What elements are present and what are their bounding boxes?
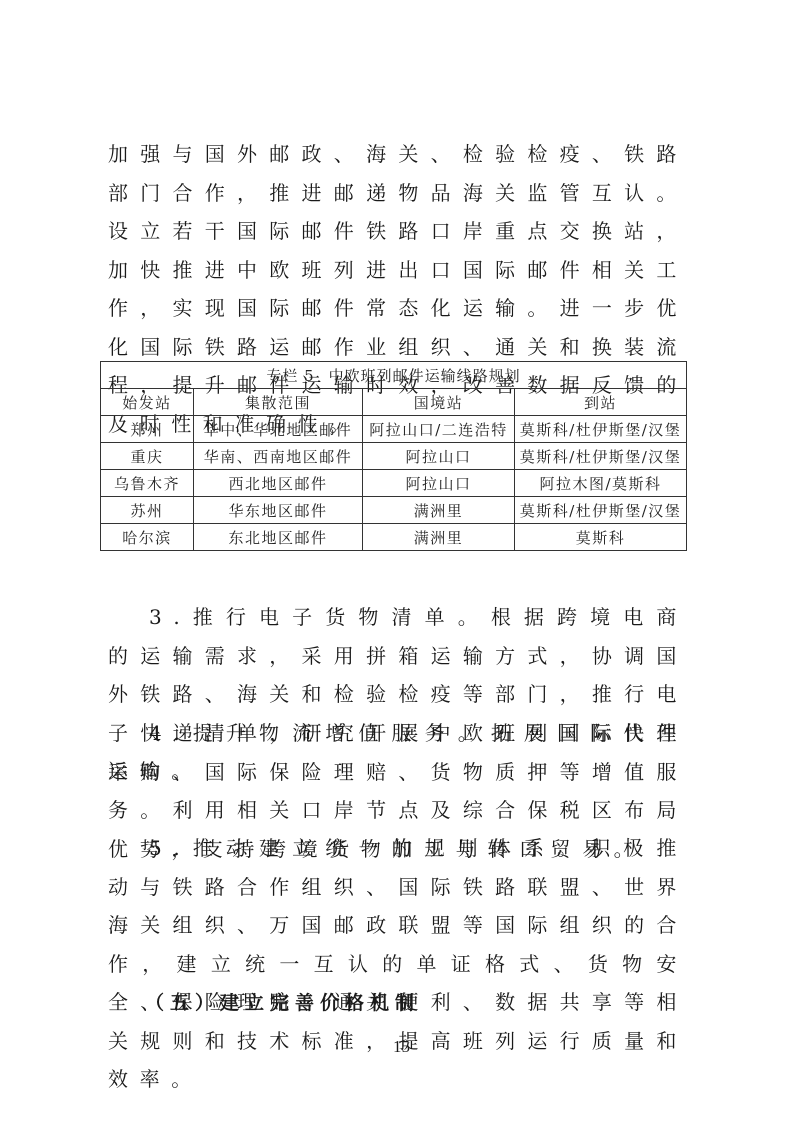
table-row: 郑州 华中、华北地区邮件 阿拉山口/二连浩特 莫斯科/杜伊斯堡/汉堡	[101, 416, 687, 443]
cell-border-station: 阿拉山口	[363, 470, 515, 497]
table-caption: 专栏 5中欧班列邮件运输线路规划	[101, 362, 687, 389]
cell-destination: 莫斯科/杜伊斯堡/汉堡	[515, 416, 687, 443]
cell-border-station: 满洲里	[363, 497, 515, 524]
cell-origin: 乌鲁木齐	[101, 470, 194, 497]
cell-border-station: 满洲里	[363, 524, 515, 551]
page-number: 15	[0, 1037, 793, 1057]
cell-origin: 苏州	[101, 497, 194, 524]
column-header-origin: 始发站	[101, 389, 194, 416]
column-header-border-station: 国境站	[363, 389, 515, 416]
cell-coverage: 西北地区邮件	[194, 470, 363, 497]
paragraph-unified-rules: 5.推动建立统一的规则体系。积极推动与铁路合作组织、国际铁路联盟、世界海关组织、…	[108, 829, 688, 1099]
cell-origin: 哈尔滨	[101, 524, 194, 551]
table-row: 哈尔滨 东北地区邮件 满洲里 莫斯科	[101, 524, 687, 551]
cell-destination: 莫斯科	[515, 524, 687, 551]
cell-coverage: 华东地区邮件	[194, 497, 363, 524]
route-plan-table: 专栏 5中欧班列邮件运输线路规划 始发站 集散范围 国境站 到站 郑州 华中、华…	[100, 361, 687, 551]
document-page: 加强与国外邮政、海关、检验检疫、铁路部门合作，推进邮递物品海关监管互认。设立若干…	[0, 0, 793, 1122]
cell-destination: 莫斯科/杜伊斯堡/汉堡	[515, 443, 687, 470]
table-row: 苏州 华东地区邮件 满洲里 莫斯科/杜伊斯堡/汉堡	[101, 497, 687, 524]
table-caption-row: 专栏 5中欧班列邮件运输线路规划	[101, 362, 687, 389]
cell-coverage: 东北地区邮件	[194, 524, 363, 551]
column-header-coverage: 集散范围	[194, 389, 363, 416]
cell-origin: 重庆	[101, 443, 194, 470]
cell-destination: 莫斯科/杜伊斯堡/汉堡	[515, 497, 687, 524]
cell-destination: 阿拉木图/莫斯科	[515, 470, 687, 497]
cell-border-station: 阿拉山口	[363, 443, 515, 470]
cell-coverage: 华南、西南地区邮件	[194, 443, 363, 470]
section-heading: （五）建立完善价格机制	[145, 988, 420, 1018]
table-header-row: 始发站 集散范围 国境站 到站	[101, 389, 687, 416]
cell-origin: 郑州	[101, 416, 194, 443]
table-row: 乌鲁木齐 西北地区邮件 阿拉山口 阿拉木图/莫斯科	[101, 470, 687, 497]
table-row: 重庆 华南、西南地区邮件 阿拉山口 莫斯科/杜伊斯堡/汉堡	[101, 443, 687, 470]
table-caption-number: 专栏 5	[266, 367, 314, 385]
cell-border-station: 阿拉山口/二连浩特	[363, 416, 515, 443]
cell-coverage: 华中、华北地区邮件	[194, 416, 363, 443]
table-caption-title: 中欧班列邮件运输线路规划	[329, 367, 521, 385]
column-header-destination: 到站	[515, 389, 687, 416]
